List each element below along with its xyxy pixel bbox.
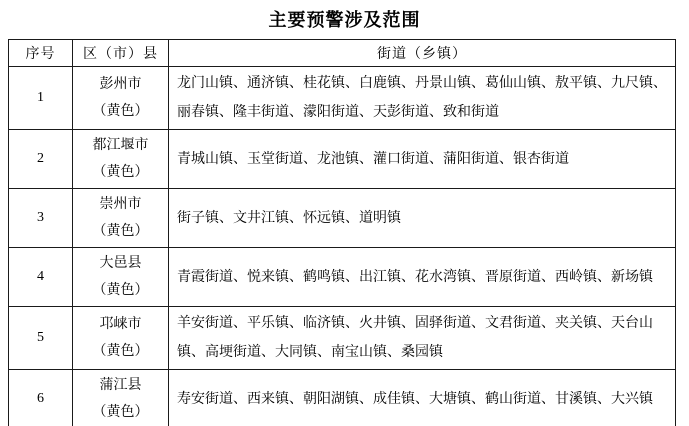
serial-cell: 4: [9, 248, 73, 307]
streets-cell: 龙门山镇、通济镇、桂花镇、白鹿镇、丹景山镇、葛仙山镇、敖平镇、九尺镇、丽春镇、隆…: [169, 67, 676, 130]
district-name: 都江堰市: [73, 132, 168, 159]
warning-level: （黄色）: [73, 338, 168, 365]
table-row: 1 彭州市 （黄色） 龙门山镇、通济镇、桂花镇、白鹿镇、丹景山镇、葛仙山镇、敖平…: [9, 67, 676, 130]
streets-cell: 寿安街道、西来镇、朝阳湖镇、成佳镇、大塘镇、鹤山街道、甘溪镇、大兴镇: [169, 370, 676, 426]
header-district: 区（市）县: [73, 40, 169, 67]
warning-level: （黄色）: [73, 159, 168, 186]
streets-cell: 青城山镇、玉堂街道、龙池镇、灌口街道、蒲阳街道、银杏街道: [169, 130, 676, 189]
district-cell: 都江堰市 （黄色）: [73, 130, 169, 189]
header-row: 序号 区（市）县 街道（乡镇）: [9, 40, 676, 67]
warning-level: （黄色）: [73, 277, 168, 304]
page-title: 主要预警涉及范围: [0, 6, 689, 32]
district-name: 邛崃市: [73, 311, 168, 338]
table-row: 6 蒲江县 （黄色） 寿安街道、西来镇、朝阳湖镇、成佳镇、大塘镇、鹤山街道、甘溪…: [9, 370, 676, 426]
table-row: 5 邛崃市 （黄色） 羊安街道、平乐镇、临济镇、火井镇、固驿街道、文君街道、夹关…: [9, 307, 676, 370]
table-row: 3 崇州市 （黄色） 街子镇、文井江镇、怀远镇、道明镇: [9, 189, 676, 248]
table-row: 2 都江堰市 （黄色） 青城山镇、玉堂街道、龙池镇、灌口街道、蒲阳街道、银杏街道: [9, 130, 676, 189]
district-cell: 大邑县 （黄色）: [73, 248, 169, 307]
warning-level: （黄色）: [73, 399, 168, 426]
streets-cell: 羊安街道、平乐镇、临济镇、火井镇、固驿街道、文君街道、夹关镇、天台山镇、高埂街道…: [169, 307, 676, 370]
serial-cell: 6: [9, 370, 73, 426]
header-streets: 街道（乡镇）: [169, 40, 676, 67]
streets-cell: 青霞街道、悦来镇、鹤鸣镇、出江镇、花水湾镇、晋原街道、西岭镇、新场镇: [169, 248, 676, 307]
district-cell: 彭州市 （黄色）: [73, 67, 169, 130]
district-cell: 蒲江县 （黄色）: [73, 370, 169, 426]
district-name: 崇州市: [73, 191, 168, 218]
district-name: 大邑县: [73, 250, 168, 277]
serial-cell: 1: [9, 67, 73, 130]
serial-cell: 3: [9, 189, 73, 248]
serial-cell: 5: [9, 307, 73, 370]
warning-table: 序号 区（市）县 街道（乡镇） 1 彭州市 （黄色） 龙门山镇、通济镇、桂花镇、…: [8, 39, 676, 426]
header-serial: 序号: [9, 40, 73, 67]
streets-cell: 街子镇、文井江镇、怀远镇、道明镇: [169, 189, 676, 248]
district-cell: 崇州市 （黄色）: [73, 189, 169, 248]
district-cell: 邛崃市 （黄色）: [73, 307, 169, 370]
warning-level: （黄色）: [73, 98, 168, 125]
page: 主要预警涉及范围 序号 区（市）县 街道（乡镇） 1 彭州市 （黄色） 龙门山镇…: [0, 6, 689, 426]
table-row: 4 大邑县 （黄色） 青霞街道、悦来镇、鹤鸣镇、出江镇、花水湾镇、晋原街道、西岭…: [9, 248, 676, 307]
warning-level: （黄色）: [73, 218, 168, 245]
district-name: 彭州市: [73, 71, 168, 98]
table-body: 1 彭州市 （黄色） 龙门山镇、通济镇、桂花镇、白鹿镇、丹景山镇、葛仙山镇、敖平…: [9, 67, 676, 426]
serial-cell: 2: [9, 130, 73, 189]
district-name: 蒲江县: [73, 372, 168, 399]
